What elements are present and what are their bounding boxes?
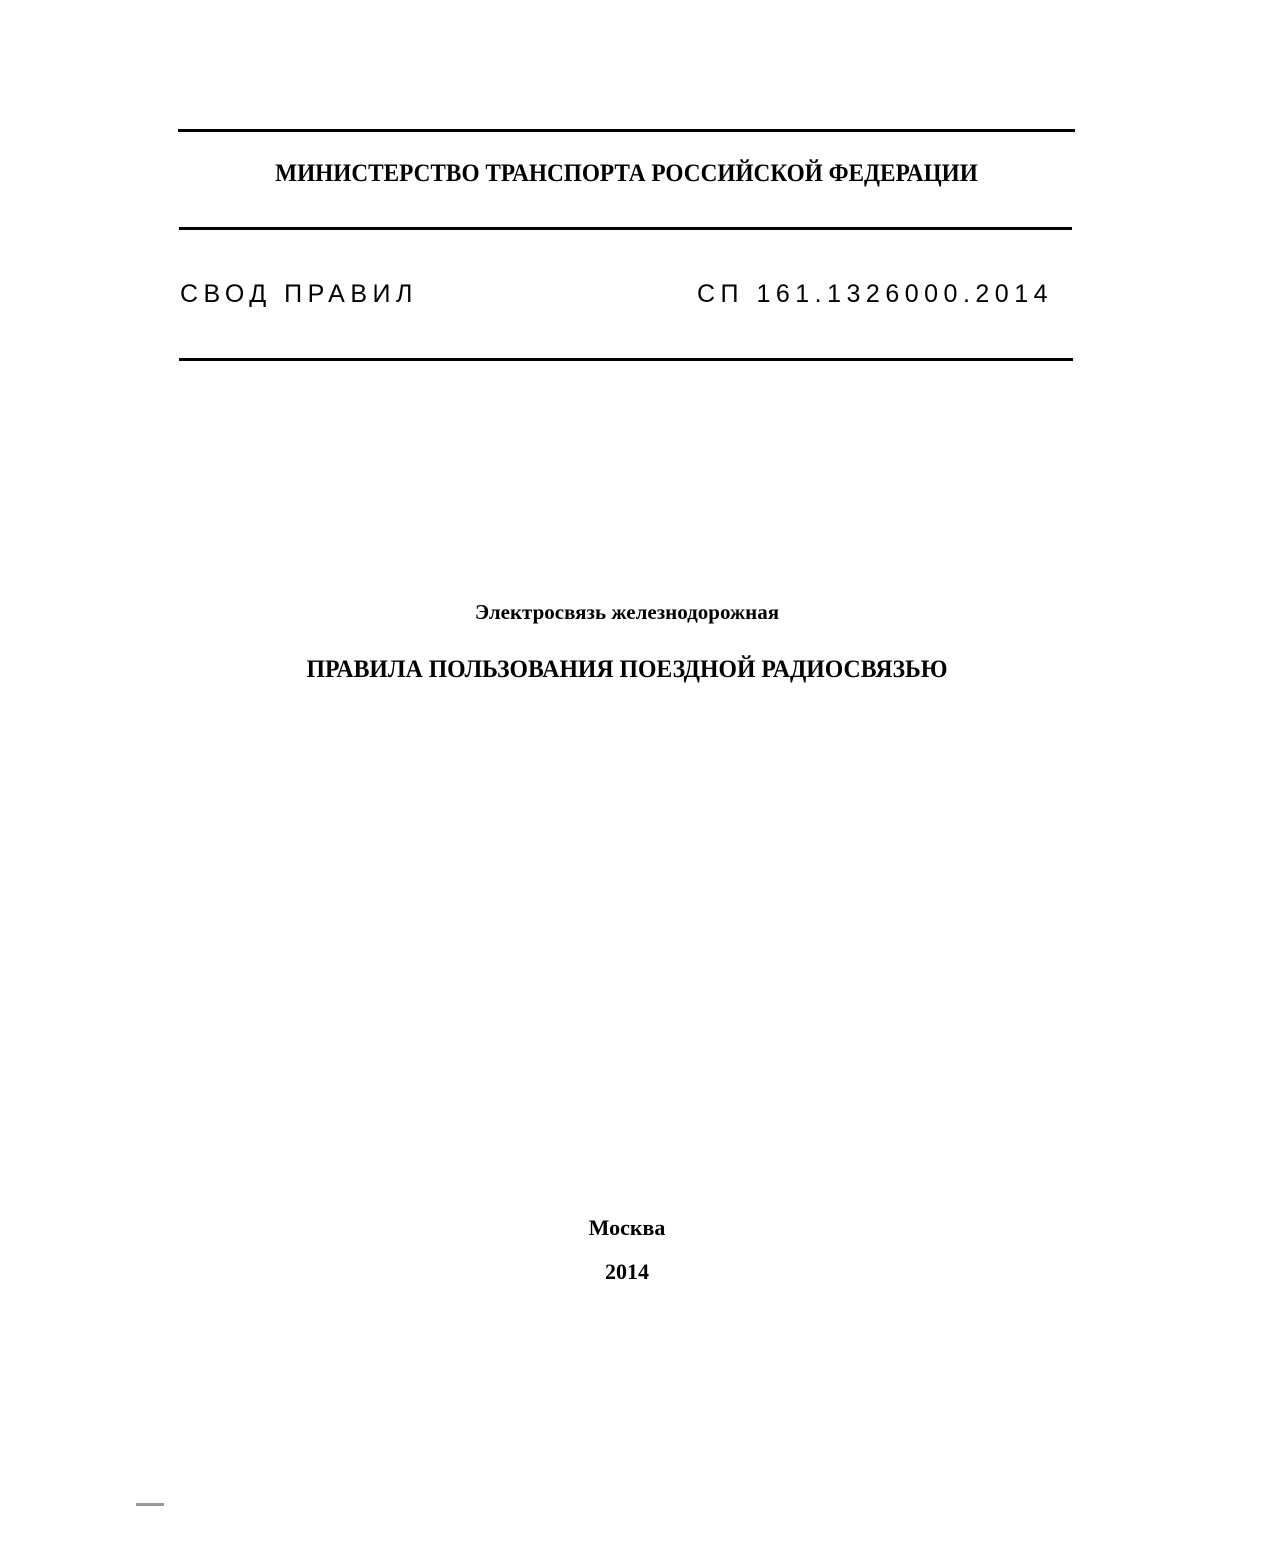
publication-city: Москва [0, 1215, 1254, 1241]
document-code: СП 161.1326000.2014 [697, 280, 1053, 309]
document-type: СВОД ПРАВИЛ [180, 280, 418, 309]
bottom-rule [179, 358, 1073, 361]
document-subtitle: Электросвязь железнодорожная [0, 600, 1254, 625]
document-title: ПРАВИЛА ПОЛЬЗОВАНИЯ ПОЕЗДНОЙ РАДИОСВЯЗЬЮ [31, 656, 1222, 684]
top-rule [178, 129, 1075, 132]
middle-rule [179, 227, 1072, 230]
publication-year: 2014 [0, 1259, 1254, 1285]
scan-watermark [136, 1503, 164, 1506]
ministry-heading: МИНИСТЕРСТВО ТРАНСПОРТА РОССИЙСКОЙ ФЕДЕР… [209, 160, 1043, 188]
